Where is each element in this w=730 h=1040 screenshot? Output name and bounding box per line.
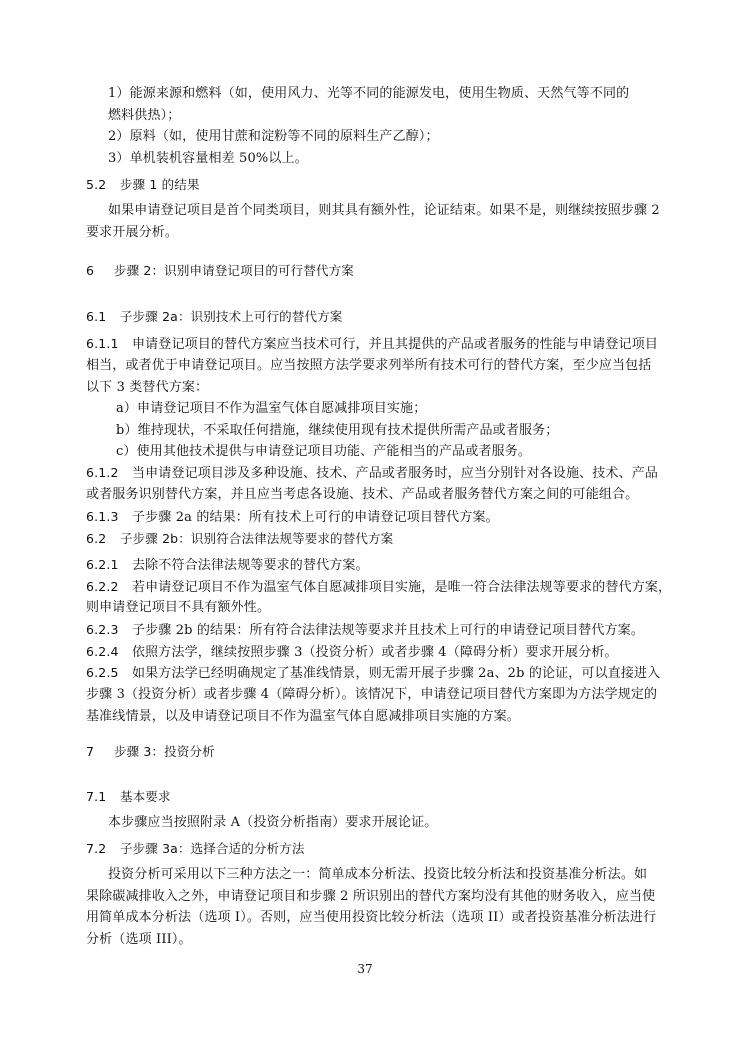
- section-number: 6.1: [86, 306, 120, 328]
- line-text: 本步骤应当按照附录 A（投资分析指南）要求开展论证。: [108, 815, 437, 830]
- line-text: 如果方法学已经明确规定了基准线情景，则无需开展子步骤 2a、2b 的论证，可以直…: [132, 666, 660, 681]
- paragraph-line: 则申请登记项目不具有额外性。: [86, 597, 656, 619]
- line-text: 步骤 3（投资分析）或者步骤 4（障碍分析）。该情况下，申请登记项目替代方案即为…: [86, 687, 657, 702]
- section-number: 6.1.1: [86, 333, 132, 355]
- clause-line: 6.2.1去除不符合法律法规等要求的替代方案。: [86, 554, 656, 577]
- clause-line: 6.2.2若申请登记项目不作为温室气体自愿减排项目实施，是唯一符合法律法规等要求…: [86, 576, 656, 599]
- paragraph-line: 或者服务识别替代方案，并且应当考虑各设施、技术、产品或者服务替代方案之间的可能组…: [86, 484, 656, 506]
- line-text: 则申请登记项目不具有额外性。: [86, 600, 270, 615]
- line-text: 子步骤 2a 的结果：所有技术上可行的申请登记项目替代方案。: [132, 510, 499, 525]
- clause-line: 6.1.1申请登记项目的替代方案应当技术可行，并且其提供的产品或者服务的性能与申…: [86, 333, 656, 356]
- section-number: 5.2: [86, 174, 120, 196]
- section-number: 6.1.3: [86, 506, 132, 528]
- line-text: 子步骤 2a：识别技术上可行的替代方案: [120, 309, 342, 324]
- line-text: 1）能源来源和燃料（如，使用风力、光等不同的能源发电，使用生物质、天然气等不同的: [108, 86, 629, 101]
- clause-line: 6.2.4依照方法学，继续按照步骤 3（投资分析）或者步骤 4（障碍分析）要求开…: [86, 641, 656, 664]
- section-number: 6.2.1: [86, 554, 132, 576]
- section-heading: 7.2子步骤 3a：选择合适的分析方法: [86, 838, 656, 860]
- line-text: 步骤 1 的结果: [120, 177, 200, 192]
- line-text: 子步骤 2b：识别符合法律法规等要求的替代方案: [120, 531, 393, 546]
- line-text: 子步骤 2b 的结果：所有符合法律法规等要求并且技术上可行的申请登记项目替代方案…: [132, 623, 644, 638]
- paragraph-line: 本步骤应当按照附录 A（投资分析指南）要求开展论证。: [108, 812, 678, 834]
- document-page: 37 1）能源来源和燃料（如，使用风力、光等不同的能源发电，使用生物质、天然气等…: [0, 0, 730, 1040]
- line-text: 如果申请登记项目是首个同类项目，则其具有额外性，论证结束。如果不是，则继续按照步…: [108, 203, 660, 218]
- line-text: 申请登记项目的替代方案应当技术可行，并且其提供的产品或者服务的性能与申请登记项目: [132, 337, 658, 352]
- clause-line: 6.2.5如果方法学已经明确规定了基准线情景，则无需开展子步骤 2a、2b 的论…: [86, 662, 656, 685]
- line-text: 分析（选项 III）。: [86, 932, 192, 947]
- line-text: 果除碳减排收入之外，申请登记项目和步骤 2 所识别出的替代方案均没有其他的财务收…: [86, 889, 655, 904]
- line-text: 步骤 2：识别申请登记项目的可行替代方案: [114, 263, 354, 278]
- paragraph-line: 如果申请登记项目是首个同类项目，则其具有额外性，论证结束。如果不是，则继续按照步…: [108, 200, 678, 222]
- line-text: 投资分析可采用以下三种方法之一：简单成本分析法、投资比较分析法和投资基准分析法。…: [108, 867, 647, 882]
- line-text: 子步骤 3a：选择合适的分析方法: [120, 841, 305, 856]
- list-item: 燃料供热）；: [108, 105, 678, 127]
- clause-line: 6.2.3子步骤 2b 的结果：所有符合法律法规等要求并且技术上可行的申请登记项…: [86, 619, 656, 642]
- section-number: 6.2.2: [86, 576, 132, 598]
- line-text: 基本要求: [120, 789, 171, 804]
- line-text: 燃料供热）；: [108, 108, 180, 123]
- paragraph-line: 要求开展分析。: [86, 222, 656, 244]
- line-text: a）申请登记项目不作为温室气体自愿减排项目实施；: [116, 401, 426, 416]
- section-number: 6.2: [86, 528, 120, 550]
- list-item: 2）原料（如，使用甘蔗和淀粉等不同的原料生产乙醇）；: [108, 126, 678, 148]
- list-item: c）使用其他技术提供与申请登记项目功能、产能相当的产品或者服务。: [116, 441, 686, 463]
- section-heading: 6.2子步骤 2b：识别符合法律法规等要求的替代方案: [86, 528, 656, 550]
- list-item: 1）能源来源和燃料（如，使用风力、光等不同的能源发电，使用生物质、天然气等不同的: [108, 83, 678, 105]
- line-text: 用简单成本分析法（选项 I）。否则，应当使用投资比较分析法（选项 II）或者投资…: [86, 910, 656, 925]
- section-number: 6.2.4: [86, 641, 132, 663]
- paragraph-line: 分析（选项 III）。: [86, 929, 656, 951]
- line-text: 依照方法学，继续按照步骤 3（投资分析）或者步骤 4（障碍分析）要求开展分析。: [132, 645, 618, 660]
- line-text: 当申请登记项目涉及多种设施、技术、产品或者服务时，应当分别针对各设施、技术、产品: [132, 466, 658, 481]
- paragraph-line: 相当，或者优于申请登记项目。应当按照方法学要求列举所有技术可行的替代方案，至少应…: [86, 355, 656, 377]
- list-item: a）申请登记项目不作为温室气体自愿减排项目实施；: [116, 398, 686, 420]
- section-heading: 7步骤 3：投资分析: [86, 741, 656, 763]
- section-heading: 5.2步骤 1 的结果: [86, 174, 656, 196]
- line-text: b）维持现状，不采取任何措施，继续使用现有技术提供所需产品或者服务；: [116, 423, 558, 438]
- paragraph-line: 基准线情景，以及申请登记项目不作为温室气体自愿减排项目实施的方案。: [86, 706, 656, 728]
- clause-line: 6.1.2当申请登记项目涉及多种设施、技术、产品或者服务时，应当分别针对各设施、…: [86, 462, 656, 485]
- line-text: 相当，或者优于申请登记项目。应当按照方法学要求列举所有技术可行的替代方案，至少应…: [86, 358, 651, 373]
- line-text: 3）单机装机容量相差 50%以上。: [108, 151, 308, 166]
- section-number: 6.2.3: [86, 619, 132, 641]
- paragraph-line: 步骤 3（投资分析）或者步骤 4（障碍分析）。该情况下，申请登记项目替代方案即为…: [86, 684, 656, 706]
- section-number: 6.2.5: [86, 662, 132, 684]
- line-text: 步骤 3：投资分析: [114, 744, 215, 759]
- clause-line: 6.1.3子步骤 2a 的结果：所有技术上可行的申请登记项目替代方案。: [86, 506, 656, 529]
- line-text: 以下 3 类替代方案：: [86, 380, 208, 395]
- line-text: 若申请登记项目不作为温室气体自愿减排项目实施，是唯一符合法律法规等要求的替代方案…: [132, 580, 671, 595]
- section-heading: 7.1基本要求: [86, 786, 656, 808]
- section-number: 6: [86, 260, 114, 282]
- line-text: 要求开展分析。: [86, 225, 178, 240]
- section-number: 7: [86, 741, 114, 763]
- section-heading: 6.1子步骤 2a：识别技术上可行的替代方案: [86, 306, 656, 328]
- page-number: 37: [0, 962, 730, 976]
- list-item: b）维持现状，不采取任何措施，继续使用现有技术提供所需产品或者服务；: [116, 420, 686, 442]
- section-number: 7.1: [86, 786, 120, 808]
- paragraph-line: 投资分析可采用以下三种方法之一：简单成本分析法、投资比较分析法和投资基准分析法。…: [108, 864, 678, 886]
- paragraph-line: 用简单成本分析法（选项 I）。否则，应当使用投资比较分析法（选项 II）或者投资…: [86, 907, 656, 929]
- paragraph-line: 果除碳减排收入之外，申请登记项目和步骤 2 所识别出的替代方案均没有其他的财务收…: [86, 886, 656, 908]
- section-heading: 6步骤 2：识别申请登记项目的可行替代方案: [86, 260, 656, 282]
- list-item: 3）单机装机容量相差 50%以上。: [108, 148, 678, 170]
- section-number: 7.2: [86, 838, 120, 860]
- line-text: 或者服务识别替代方案，并且应当考虑各设施、技术、产品或者服务替代方案之间的可能组…: [86, 487, 638, 502]
- line-text: 2）原料（如，使用甘蔗和淀粉等不同的原料生产乙醇）；: [108, 129, 439, 144]
- line-text: 去除不符合法律法规等要求的替代方案。: [132, 558, 369, 573]
- line-text: c）使用其他技术提供与申请登记项目功能、产能相当的产品或者服务。: [116, 444, 531, 459]
- line-text: 基准线情景，以及申请登记项目不作为温室气体自愿减排项目实施的方案。: [86, 709, 520, 724]
- paragraph-line: 以下 3 类替代方案：: [86, 377, 656, 399]
- section-number: 6.1.2: [86, 462, 132, 484]
